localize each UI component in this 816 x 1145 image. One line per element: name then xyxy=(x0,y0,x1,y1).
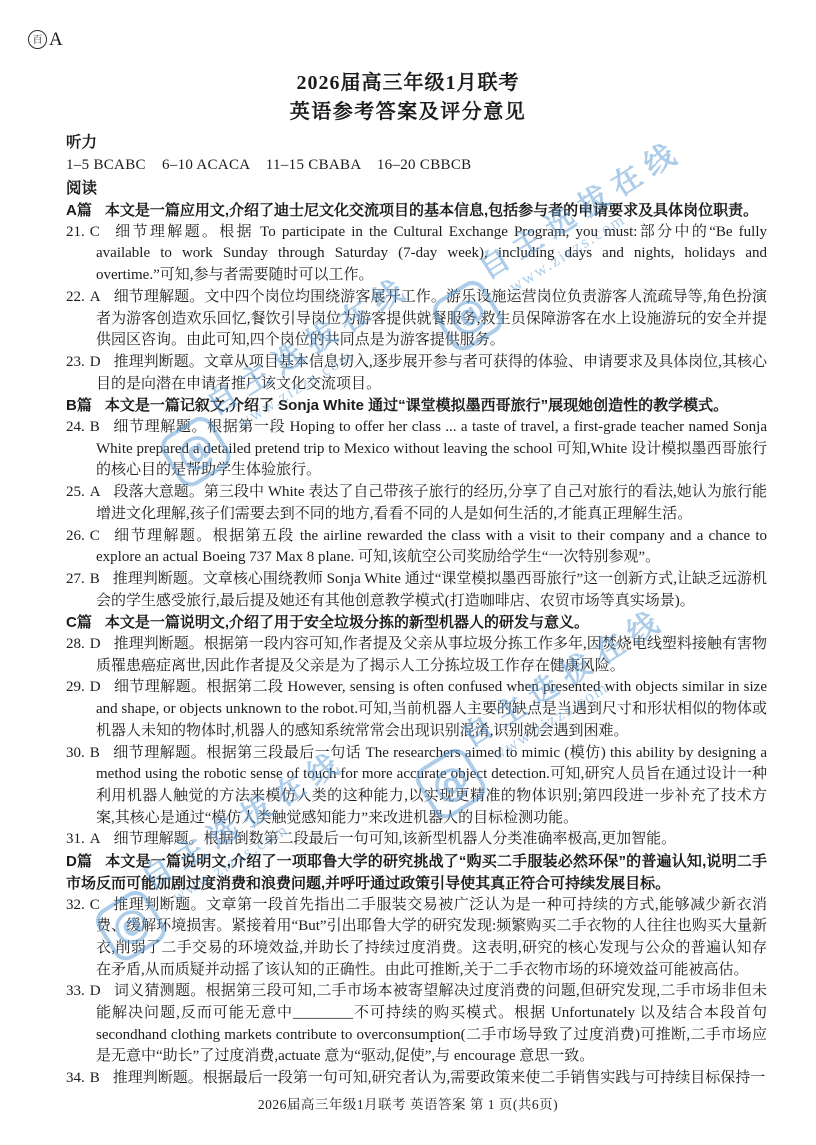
passage-tag: D篇 xyxy=(66,853,92,870)
explanation-text: 细节理解题。根据 To participate in the Cultural … xyxy=(96,224,767,283)
exam-title: 2026届高三年级1月联考 xyxy=(0,66,816,95)
answer-letter: C xyxy=(90,528,100,544)
listening-answers: 1–5 BCABC 6–10 ACACA 11–15 CBABA 16–20 C… xyxy=(66,154,767,177)
corner-logo: 百 A xyxy=(28,30,63,49)
question-number: 26. xyxy=(66,528,85,544)
answer-item: 25.A段落大意题。第三段中 White 表达了自己带孩子旅行的经历,分享了自己… xyxy=(66,482,767,525)
answer-item: 21.C细节理解题。根据 To participate in the Cultu… xyxy=(66,222,767,287)
explanation-text: 细节理解题。根据第三段最后一句话 The researchers aimed t… xyxy=(96,745,767,826)
passage-summary: A篇本文是一篇应用文,介绍了迪士尼文化交流项目的基本信息,包括参与者的申请要求及… xyxy=(66,200,767,222)
publisher-badge-icon: 百 xyxy=(28,30,47,49)
answer-letter: A xyxy=(90,289,101,305)
passage-summary: D篇本文是一篇说明文,介绍了一项耶鲁大学的研究挑战了“购买二手服装必然环保”的普… xyxy=(66,851,767,894)
answer-letter: B xyxy=(90,419,100,435)
question-number: 23. xyxy=(66,354,85,370)
answer-letter: D xyxy=(90,983,101,999)
explanation-text: 细节理解题。文中四个岗位均围绕游客展开工作。游乐设施运营岗位负责游客人流疏导等,… xyxy=(96,289,767,348)
answer-letter: D xyxy=(90,354,101,370)
answer-item: 34.B推理判断题。根据最后一段第一句可知,研究者认为,需要政策来使二手销售实践… xyxy=(66,1068,767,1090)
answer-letter: D xyxy=(90,679,101,695)
paper-version-label: A xyxy=(49,30,63,49)
passage-tag: A篇 xyxy=(66,202,92,219)
explanation-text: 推理判断题。文章第一段首先指出二手服装交易被广泛认为是一种可持续的方式,能够减少… xyxy=(96,897,767,978)
passage-summary-text: 本文是一篇应用文,介绍了迪士尼文化交流项目的基本信息,包括参与者的申请要求及具体… xyxy=(105,202,758,219)
answer-item: 28.D推理判断题。根据第一段内容可知,作者提及父亲从事垃圾分拣工作多年,因焚烧… xyxy=(66,634,767,677)
question-number: 28. xyxy=(66,636,85,652)
answer-letter: C xyxy=(90,224,100,240)
main-content: 听力 1–5 BCABC 6–10 ACACA 11–15 CBABA 16–2… xyxy=(66,131,767,1090)
question-number: 31. xyxy=(66,831,85,847)
page-footer: 2026届高三年级1月联考 英语答案 第 1 页(共6页) xyxy=(0,1093,816,1113)
explanation-text: 细节理解题。根据第五段 the airline rewarded the cla… xyxy=(96,528,767,566)
question-number: 25. xyxy=(66,484,85,500)
answer-key-page: 百 A 2026届高三年级1月联考 英语参考答案及评分意见 听力 1–5 BCA… xyxy=(0,0,816,1145)
question-number: 34. xyxy=(66,1070,85,1086)
passage-summary-text: 本文是一篇说明文,介绍了一项耶鲁大学的研究挑战了“购买二手服装必然环保”的普遍认… xyxy=(66,853,767,892)
passage-tag: C篇 xyxy=(66,614,92,631)
explanation-text: 段落大意题。第三段中 White 表达了自己带孩子旅行的经历,分享了自己对旅行的… xyxy=(96,484,767,522)
explanation-text: 推理判断题。根据最后一段第一句可知,研究者认为,需要政策来使二手销售实践与可持续… xyxy=(113,1070,766,1086)
question-number: 24. xyxy=(66,419,85,435)
explanation-text: 推理判断题。文章从项目基本信息切入,逐步展开参与者可获得的体验、申请要求及具体岗… xyxy=(96,354,767,392)
passage-tag: B篇 xyxy=(66,397,92,414)
answer-item: 23.D推理判断题。文章从项目基本信息切入,逐步展开参与者可获得的体验、申请要求… xyxy=(66,352,767,395)
passage-summary: B篇本文是一篇记叙文,介绍了 Sonja White 通过“课堂模拟墨西哥旅行”… xyxy=(66,395,767,417)
answer-item: 33.D词义猜测题。根据第三段可知,二手市场本被寄望解决过度消费的问题,但研究发… xyxy=(66,981,767,1068)
answer-letter: C xyxy=(90,897,100,913)
reading-content: A篇本文是一篇应用文,介绍了迪士尼文化交流项目的基本信息,包括参与者的申请要求及… xyxy=(66,200,767,1090)
answer-item: 24.B细节理解题。根据第一段 Hoping to offer her clas… xyxy=(66,417,767,482)
answer-item: 22.A细节理解题。文中四个岗位均围绕游客展开工作。游乐设施运营岗位负责游客人流… xyxy=(66,287,767,352)
explanation-text: 推理判断题。文章核心围绕教师 Sonja White 通过“课堂模拟墨西哥旅行”… xyxy=(96,571,767,609)
answer-letter: B xyxy=(90,1070,100,1086)
answer-letter: B xyxy=(90,745,100,761)
question-number: 33. xyxy=(66,983,85,999)
question-number: 29. xyxy=(66,679,85,695)
passage-summary: C篇本文是一篇说明文,介绍了用于安全垃圾分拣的新型机器人的研发与意义。 xyxy=(66,612,767,634)
question-number: 21. xyxy=(66,224,85,240)
listening-section-label: 听力 xyxy=(66,131,767,154)
answer-item: 27.B推理判断题。文章核心围绕教师 Sonja White 通过“课堂模拟墨西… xyxy=(66,569,767,612)
explanation-text: 细节理解题。根据倒数第二段最后一句可知,该新型机器人分类准确率极高,更加智能。 xyxy=(114,831,677,847)
answer-item: 26.C细节理解题。根据第五段 the airline rewarded the… xyxy=(66,526,767,569)
answer-item: 32.C推理判断题。文章第一段首先指出二手服装交易被广泛认为是一种可持续的方式,… xyxy=(66,895,767,982)
answer-key-title: 英语参考答案及评分意见 xyxy=(0,95,816,124)
passage-summary-text: 本文是一篇说明文,介绍了用于安全垃圾分拣的新型机器人的研发与意义。 xyxy=(105,614,589,631)
question-number: 22. xyxy=(66,289,85,305)
reading-section-label: 阅读 xyxy=(66,177,767,200)
answer-letter: A xyxy=(90,484,101,500)
answer-letter: A xyxy=(90,831,101,847)
explanation-text: 细节理解题。根据第二段 However, sensing is often co… xyxy=(96,679,767,738)
passage-summary-text: 本文是一篇记叙文,介绍了 Sonja White 通过“课堂模拟墨西哥旅行”展现… xyxy=(105,397,728,414)
explanation-text: 词义猜测题。根据第三段可知,二手市场本被寄望解决过度消费的问题,但研究发现,二手… xyxy=(96,983,767,1064)
question-number: 32. xyxy=(66,897,85,913)
explanation-text: 推理判断题。根据第一段内容可知,作者提及父亲从事垃圾分拣工作多年,因焚烧电线塑料… xyxy=(96,636,767,674)
question-number: 30. xyxy=(66,745,85,761)
answer-item: 29.D细节理解题。根据第二段 However, sensing is ofte… xyxy=(66,677,767,742)
question-number: 27. xyxy=(66,571,85,587)
explanation-text: 细节理解题。根据第一段 Hoping to offer her class ..… xyxy=(96,419,767,478)
answer-item: 30.B细节理解题。根据第三段最后一句话 The researchers aim… xyxy=(66,743,767,830)
answer-letter: B xyxy=(90,571,100,587)
answer-item: 31.A细节理解题。根据倒数第二段最后一句可知,该新型机器人分类准确率极高,更加… xyxy=(66,829,767,851)
answer-letter: D xyxy=(90,636,101,652)
